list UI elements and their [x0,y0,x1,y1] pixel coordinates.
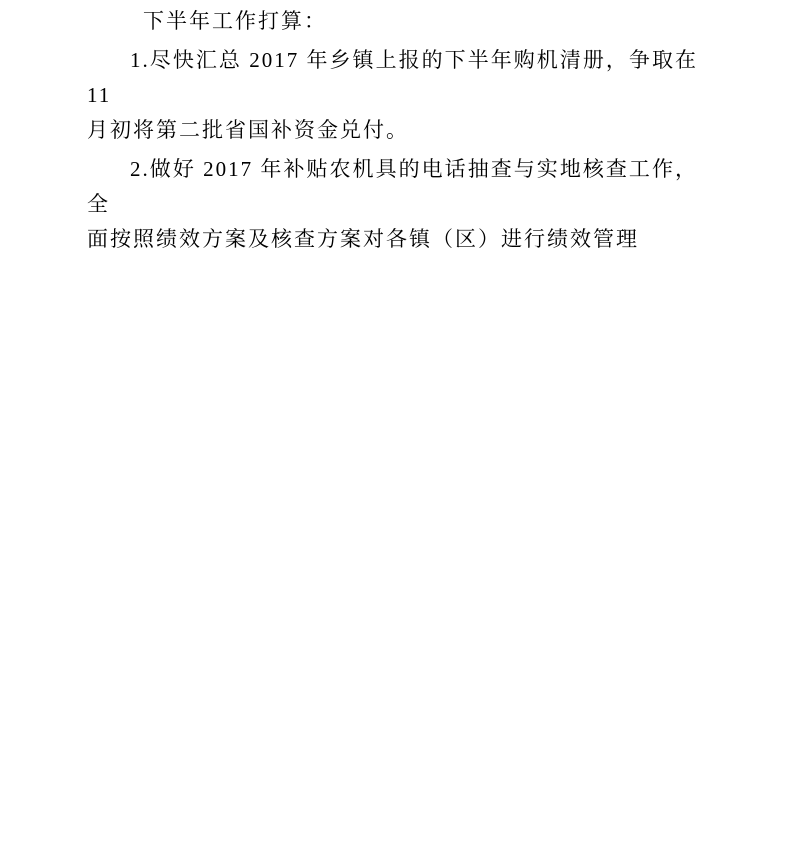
paragraph-2-line-2: 面按照绩效方案及核查方案对各镇（区）进行绩效管理 [87,222,698,257]
paragraph-item-1: 1.尽快汇总 2017 年乡镇上报的下半年购机清册，争取在 11 月初将第二批省… [87,43,698,148]
document-page: 下半年工作打算： 1.尽快汇总 2017 年乡镇上报的下半年购机清册，争取在 1… [0,0,793,851]
paragraph-heading: 下半年工作打算： [87,4,698,39]
paragraph-1-line-2: 月初将第二批省国补资金兑付。 [87,113,698,148]
paragraph-1-line-1: 1.尽快汇总 2017 年乡镇上报的下半年购机清册，争取在 11 [87,43,698,113]
document-text-block: 下半年工作打算： 1.尽快汇总 2017 年乡镇上报的下半年购机清册，争取在 1… [87,4,698,261]
paragraph-item-2: 2.做好 2017 年补贴农机具的电话抽查与实地核查工作，全 面按照绩效方案及核… [87,152,698,257]
heading-line: 下半年工作打算： [87,4,698,39]
paragraph-2-line-1: 2.做好 2017 年补贴农机具的电话抽查与实地核查工作，全 [87,152,698,222]
